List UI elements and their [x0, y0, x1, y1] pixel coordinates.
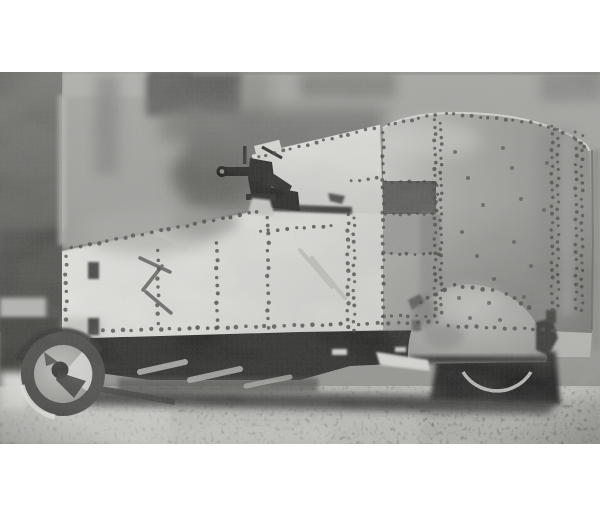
vignette [0, 72, 600, 444]
armoured-car-photo [0, 0, 600, 520]
archival-photo-figure [0, 0, 600, 520]
photo-area [0, 72, 600, 444]
